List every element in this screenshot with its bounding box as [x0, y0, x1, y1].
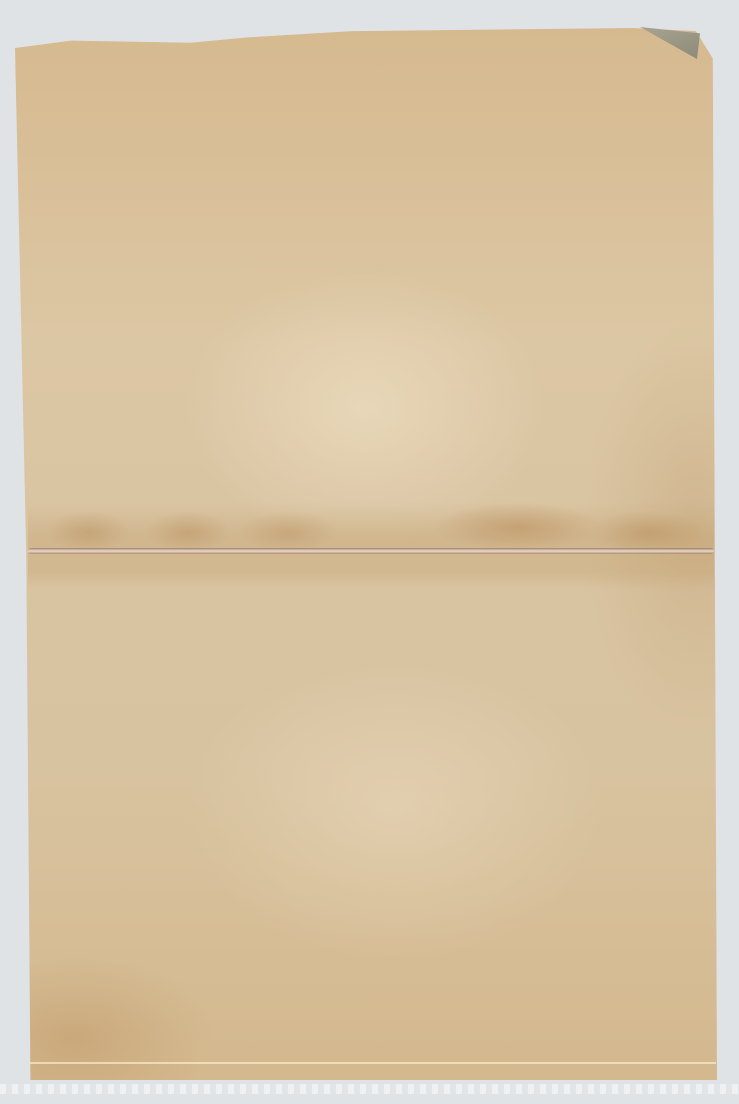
paper-bottom-edge	[30, 1062, 716, 1064]
water-stain-band	[28, 502, 714, 590]
scanner-bed-edge	[0, 1084, 739, 1094]
horizontal-fold-crease	[28, 548, 714, 554]
